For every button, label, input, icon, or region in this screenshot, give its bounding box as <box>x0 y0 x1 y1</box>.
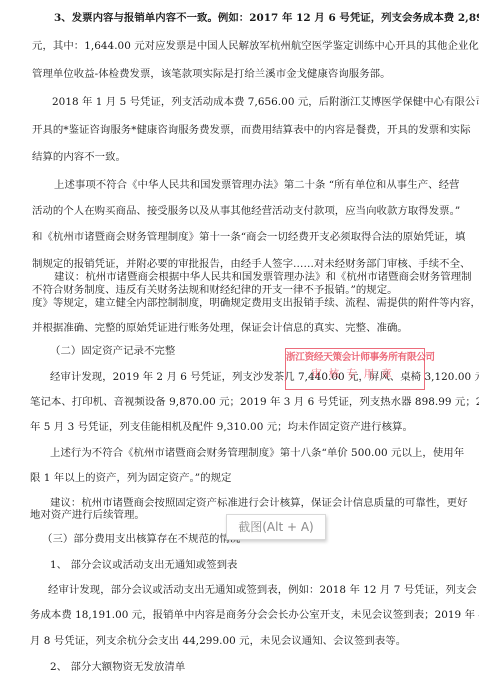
paragraph-line: 管理单位收益-体检费发票，该笔款项实际是打给兰溪市金戈健康咨询服务部。 <box>32 67 391 81</box>
paragraph-line: 上述行为不符合《杭州市诸暨商会财务管理制度》第十八条“单价 500.00 元以上… <box>50 446 464 460</box>
document-page: 3、发票内容与报销单内容不一致。例如：2017 年 12 月 6 号凭证，列支会… <box>0 0 479 679</box>
recommendation-1-line: 建议：杭州市诸暨商会根据中华人民共和国发票管理办法》和《杭州市诸暨商会财务管理制 <box>54 270 472 284</box>
paragraph-line: 2018 年 1 月 5 号凭证，列支活动成本费 7,656.00 元，后附浙江… <box>52 95 479 109</box>
screenshot-shortcut-tooltip: 截图(Alt + A) <box>226 514 326 540</box>
subsection-2-heading: 2、 部分大额物资无发放清单 <box>50 660 185 674</box>
paragraph-line: 结算的内容不一致。 <box>32 150 126 164</box>
subsection-1-heading: 1、 部分会议或活动支出无通知或签到表 <box>50 558 238 572</box>
paragraph-line: 年 5 月 3 号凭证，列支佳能相机及配件 9,310.00 元；均未作固定资产… <box>30 420 413 434</box>
point-3-invoice-mismatch-heading: 3、发票内容与报销单内容不一致。例如：2017 年 12 月 6 号凭证，列支会… <box>54 11 479 25</box>
paragraph-line: 地对资产进行后续管理。 <box>30 508 145 522</box>
paragraph-line: 不符合财务制度、违反有关财务法规和财经纪律的开支一律不予报销。”的规定。 <box>32 283 398 297</box>
paragraph-line: 经审计发现，2019 年 2 月 6 号凭证，列支沙发茶几 7,440.00 元… <box>50 370 479 384</box>
paragraph-line: 经审计发现，部分会议或活动支出无通知或签到表，例如：2018 年 12 月 7 … <box>48 583 477 597</box>
paragraph-line: 笔记本、打印机、音视频设备 9,870.00 元；2019 年 3 月 6 号凭… <box>30 395 479 409</box>
paragraph-line: 并根据准确、完整的原始凭证进行账务处理，保证会计信息的真实、完整、准确。 <box>32 321 408 335</box>
paragraph-line: 上述事项不符合《中华人民共和国发票管理办法》第二十条 “所有单位和从事生产、经营 <box>54 178 459 192</box>
paragraph-line: 月 8 号凭证，列支余杭分会支出 44,299.00 元，未见会议通知、会议签到… <box>30 634 406 648</box>
paragraph-line: 和《杭州市诸暨商会财务管理制度》第十一条“商会一切经费开支必须取得合法的原始凭证… <box>32 230 465 244</box>
paragraph-line: 务成本费 18,191.00 元，报销单中内容是商务分会会长办公室开支，未见会议… <box>30 608 479 622</box>
paragraph-line: 开具的*鉴证咨询服务*健康咨询服务费发票，而费用结算表中的内容是餐费，开具的发票… <box>32 123 471 137</box>
paragraph-line: 限 1 年以上的资产，列为固定资产。”的规定 <box>30 471 231 485</box>
section-2-heading-fixed-assets: （二）固定资产记录不完整 <box>50 344 175 358</box>
paragraph-line: 制规定的报销凭证，并附必要的审批报告，由经手人签字……对未经财务部门审核、手续不… <box>32 257 471 271</box>
paragraph-line: 度》等规定，建立健全内部控制制度，明确规定费用支出报销手续、流程、需提供的附件等… <box>32 296 479 310</box>
section-3-heading-expense-accounting: （三）部分费用支出核算存在不规范的情况 <box>42 532 240 546</box>
paragraph-line: 活动的个人在购买商品、接受服务以及从事其他经营活动支付款项，应当向收款方取得发票… <box>32 204 460 218</box>
stamp-company-name: 浙江资经天策会计师事务所有限公司 <box>286 351 424 365</box>
paragraph-line: 元，其中：1,644.00 元对应发票是中国人民解放军杭州航空医学鉴定训练中心开… <box>32 39 479 53</box>
